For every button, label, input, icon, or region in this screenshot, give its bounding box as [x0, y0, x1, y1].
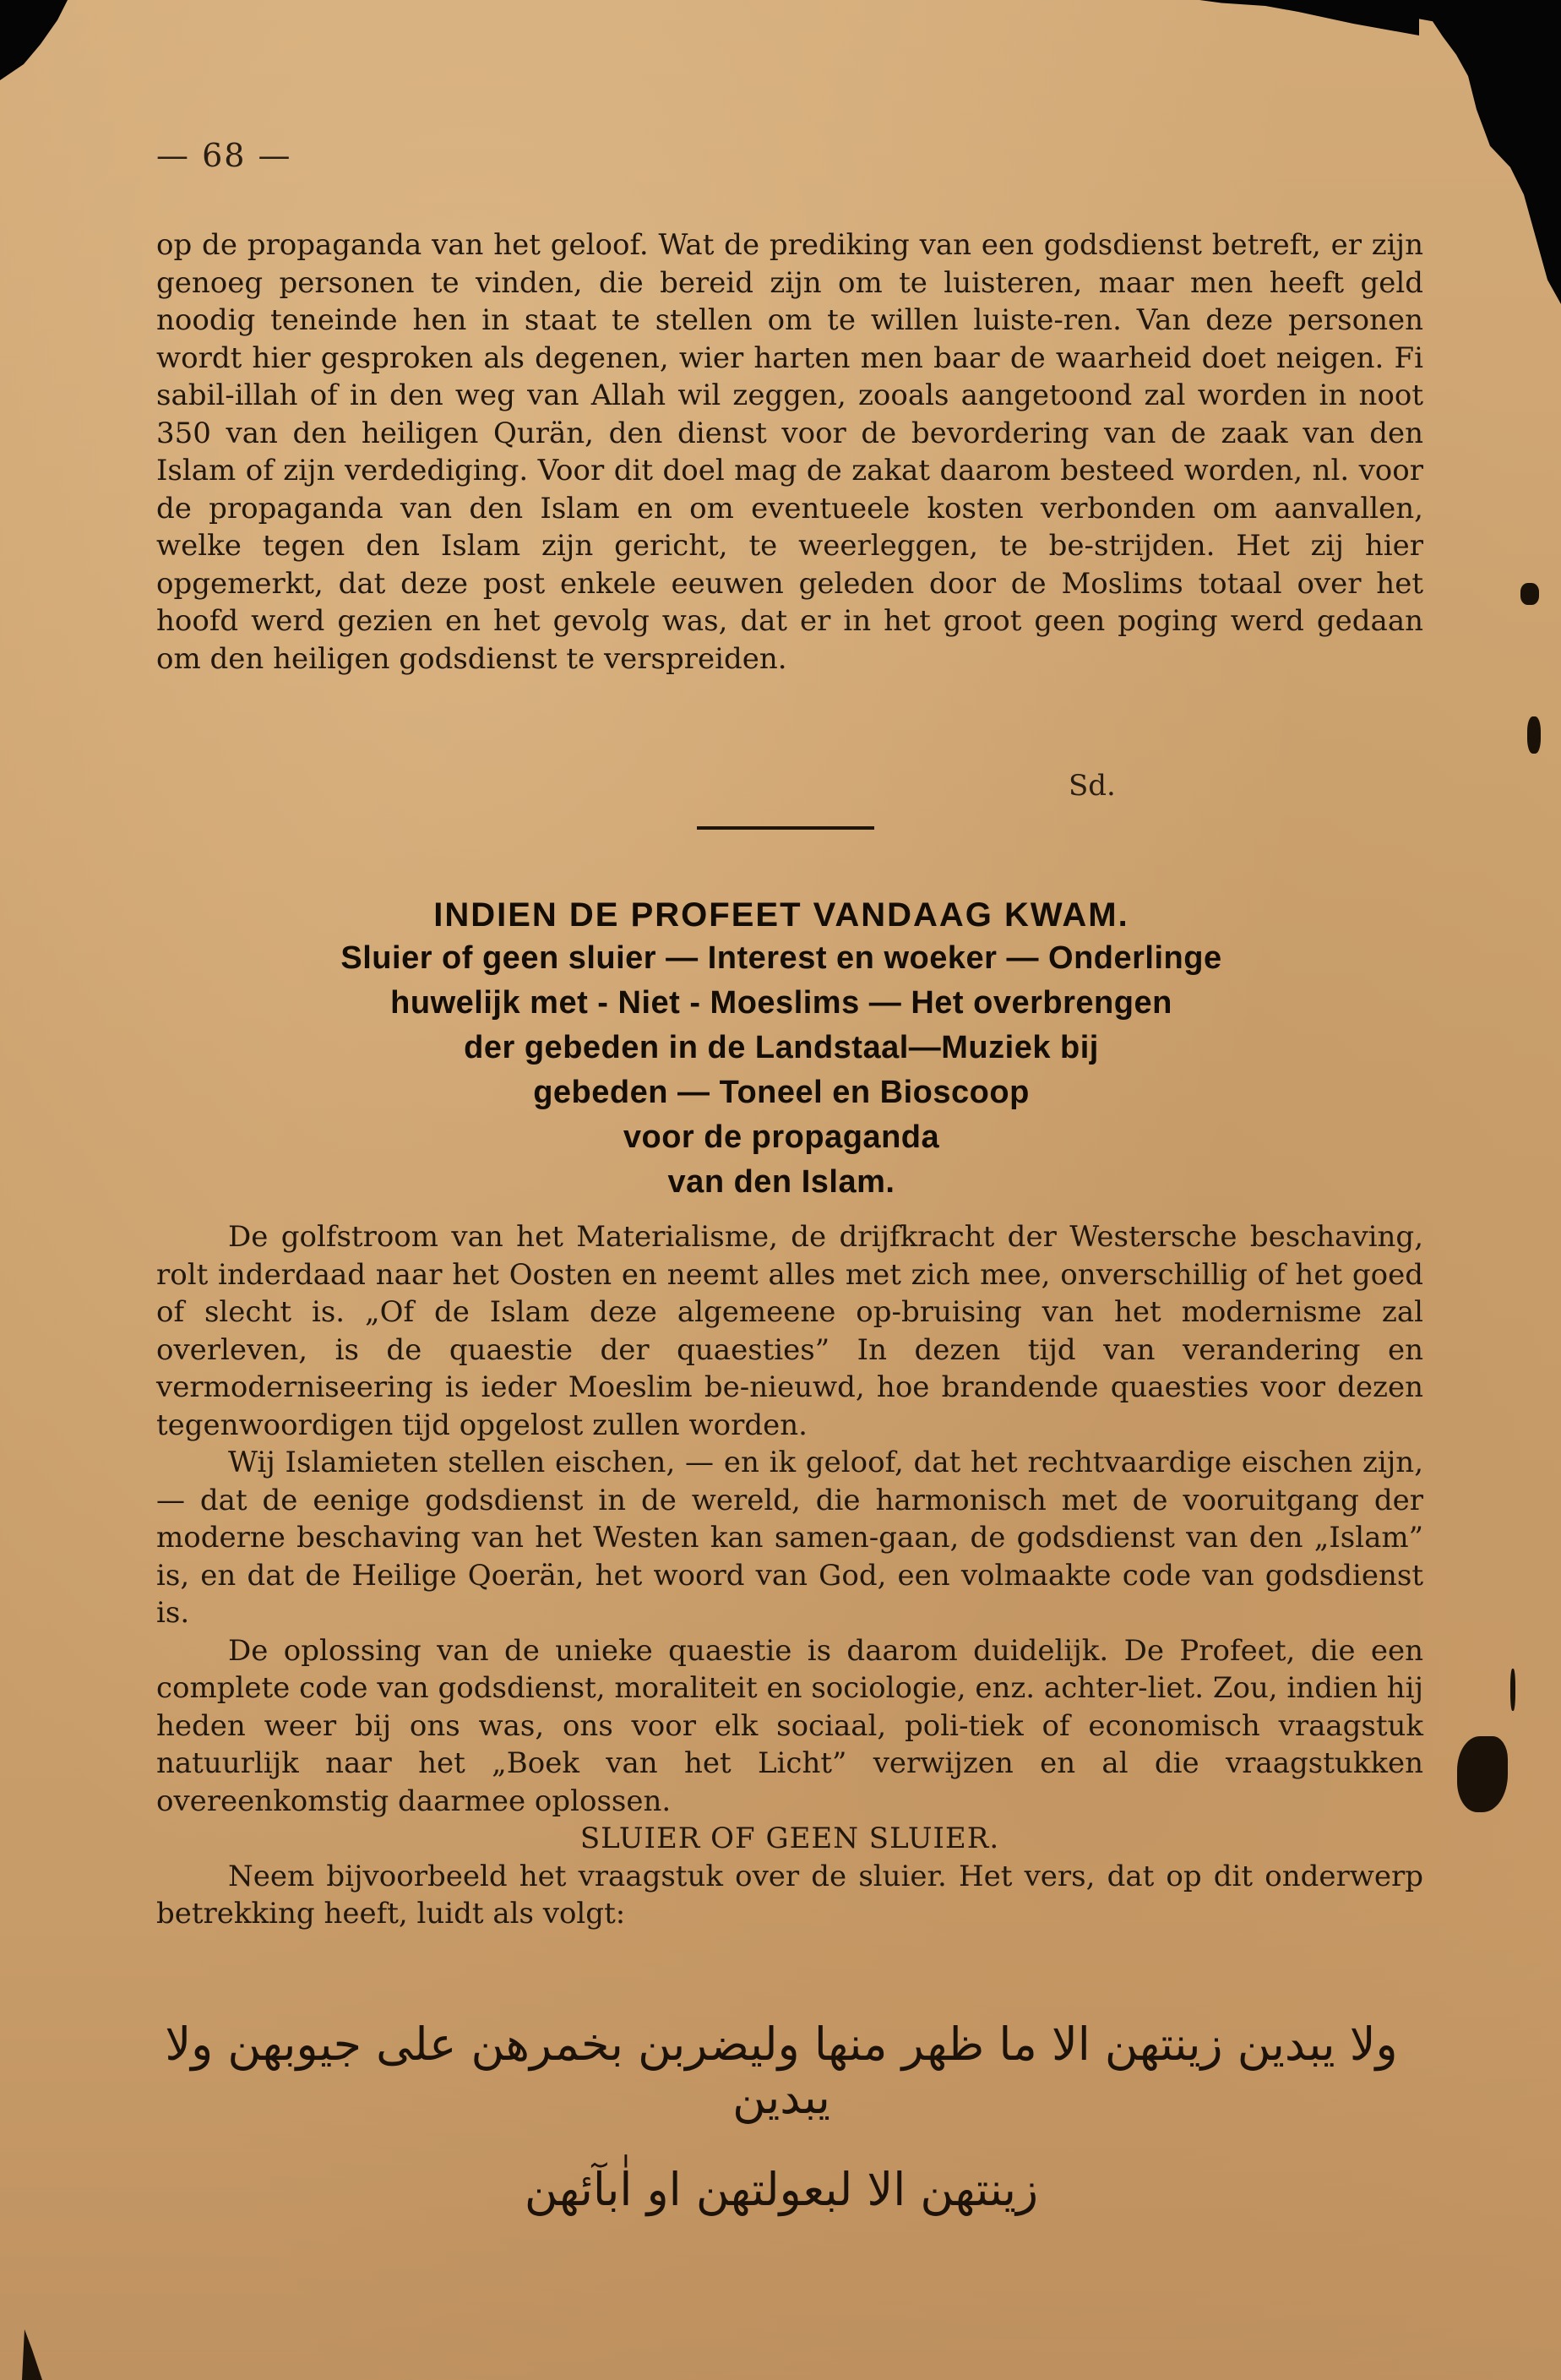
paragraph: op de propaganda van het geloof. Wat de …: [156, 226, 1423, 678]
ink-blot: [1510, 1669, 1515, 1711]
article-subtitle-line: voor de propaganda: [156, 1115, 1406, 1160]
ink-blot: [1527, 716, 1541, 754]
paragraph: De golfstroom van het Materialisme, de d…: [156, 1218, 1423, 1444]
arabic-verse-line: زينتهن الا لبعولتهن او اٰبآئهن: [156, 2163, 1406, 2216]
continuation-text: op de propaganda van het geloof. Wat de …: [156, 226, 1423, 678]
article-title: INDIEN DE PROFEET VANDAAG KWAM.: [156, 894, 1406, 936]
article-subtitle-line: gebeden — Toneel en Bioscoop: [156, 1070, 1406, 1115]
paragraph: De oplossing van de unieke quaestie is d…: [156, 1632, 1423, 1821]
ink-blot: [1520, 583, 1539, 605]
author-signature: Sd.: [1069, 769, 1116, 803]
article-body: De golfstroom van het Materialisme, de d…: [156, 1218, 1423, 1933]
article-subtitle-line: huwelijk met - Niet - Moeslims — Het ove…: [156, 981, 1406, 1026]
article-headline: INDIEN DE PROFEET VANDAAG KWAM. Sluier o…: [156, 894, 1406, 1205]
paragraph: Neem bijvoorbeeld het vraagstuk over de …: [156, 1858, 1423, 1933]
article-subtitle-line: van den Islam.: [156, 1160, 1406, 1205]
article-subtitle-line: der gebeden in de Landstaal—Muziek bij: [156, 1026, 1406, 1070]
section-divider: [697, 826, 874, 830]
section-heading: SLUIER OF GEEN SLUIER.: [156, 1820, 1423, 1858]
ink-blot: [1457, 1736, 1508, 1812]
article-subtitle-line: Sluier of geen sluier — Interest en woek…: [156, 936, 1406, 981]
arabic-verse-line: ولا يبدين زينتهن الا ما ظهر منها وليضربن…: [156, 2018, 1406, 2124]
page-number: — 68 —: [156, 137, 292, 174]
paragraph: Wij Islamieten stellen eischen, — en ik …: [156, 1444, 1423, 1632]
